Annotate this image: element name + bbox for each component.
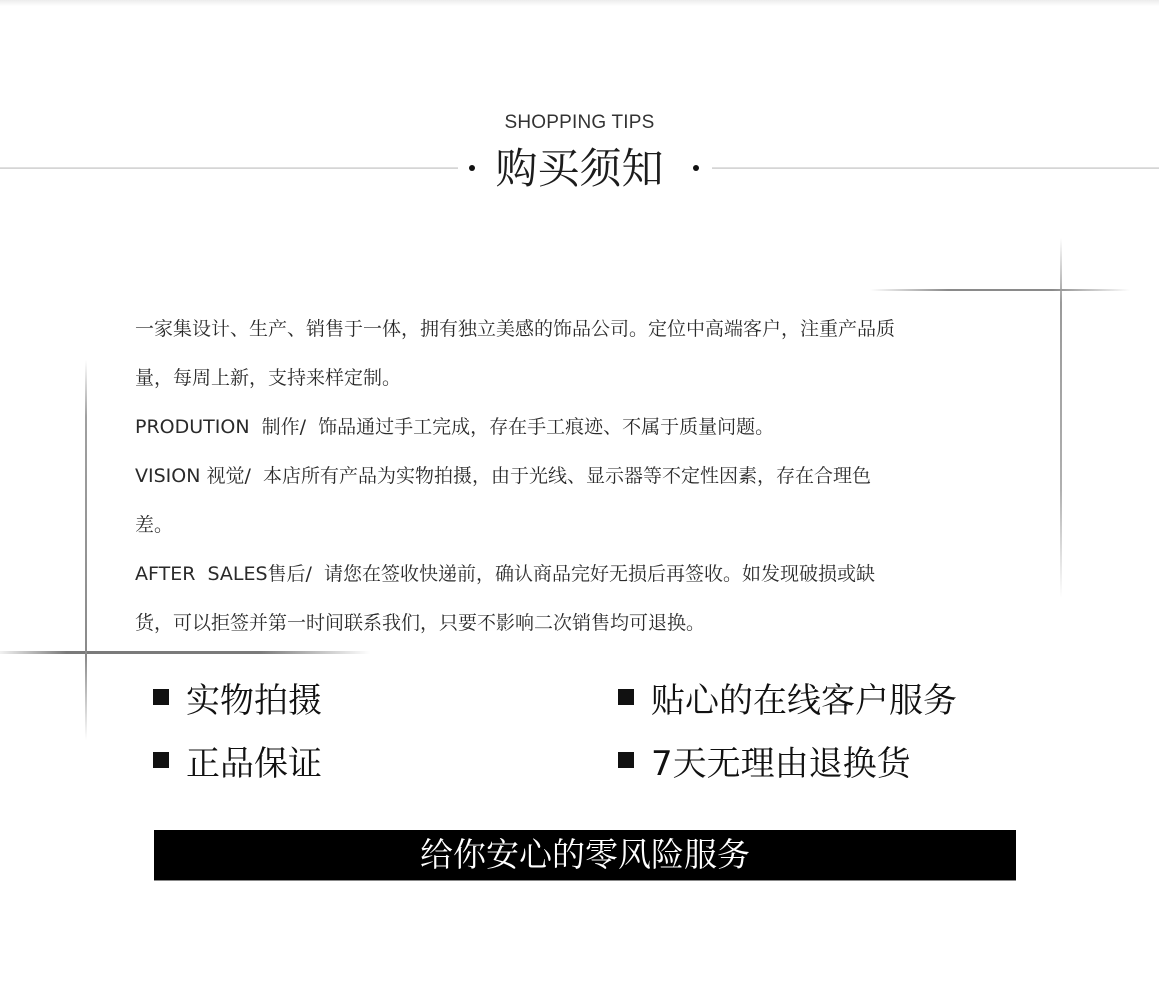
feature-item: 7天无理由退换货	[618, 735, 911, 785]
body-line-after-sales: AFTER SALES售后/ 请您在签收快递前，确认商品完好无损后再签收。如发现…	[135, 550, 1035, 599]
shopping-tips-body: 一家集设计、生产、销售于一体，拥有独立美感的饰品公司。定位中高端客户，注重产品质…	[135, 305, 1035, 648]
feature-label: 贴心的在线客户服务	[651, 673, 957, 722]
frame-line-right	[1060, 238, 1062, 598]
body-line: 货，可以拒签并第一时间联系我们，只要不影响二次销售均可退换。	[135, 599, 1035, 648]
frame-line-top	[870, 289, 1130, 291]
body-line-vision: VISION 视觉/ 本店所有产品为实物拍摄，由于光线、显示器等不定性因素，存在…	[135, 452, 1035, 501]
body-line: 量，每周上新，支持来样定制。	[135, 354, 1035, 403]
dot-icon	[693, 165, 699, 171]
body-line-production: PRODUTION 制作/ 饰品通过手工完成，存在手工痕迹、不属于质量问题。	[135, 403, 1035, 452]
feature-label: 7天无理由退换货	[651, 736, 911, 785]
square-bullet-icon	[153, 689, 169, 705]
feature-item: 贴心的在线客户服务	[618, 672, 957, 722]
body-line: 一家集设计、生产、销售于一体，拥有独立美感的饰品公司。定位中高端客户，注重产品质	[135, 305, 1035, 354]
square-bullet-icon	[153, 752, 169, 768]
frame-line-left	[85, 360, 87, 740]
feature-item: 正品保证	[153, 735, 322, 785]
feature-list: 实物拍摄 贴心的在线客户服务 正品保证 7天无理由退换货	[150, 672, 1050, 802]
guarantee-banner: 给你安心的零风险服务	[154, 830, 1016, 881]
title-divider-right	[712, 167, 1159, 169]
square-bullet-icon	[618, 752, 634, 768]
top-edge-shade	[0, 0, 1159, 6]
feature-label: 正品保证	[186, 736, 322, 785]
body-line: 差。	[135, 501, 1035, 550]
feature-label: 实物拍摄	[186, 673, 322, 722]
title-row: 购买须知	[0, 142, 1159, 196]
page-title: 购买须知	[0, 142, 1159, 196]
square-bullet-icon	[618, 689, 634, 705]
frame-line-bottom	[0, 651, 370, 654]
section-subtitle: SHOPPING TIPS	[0, 112, 1159, 134]
feature-item: 实物拍摄	[153, 672, 322, 722]
